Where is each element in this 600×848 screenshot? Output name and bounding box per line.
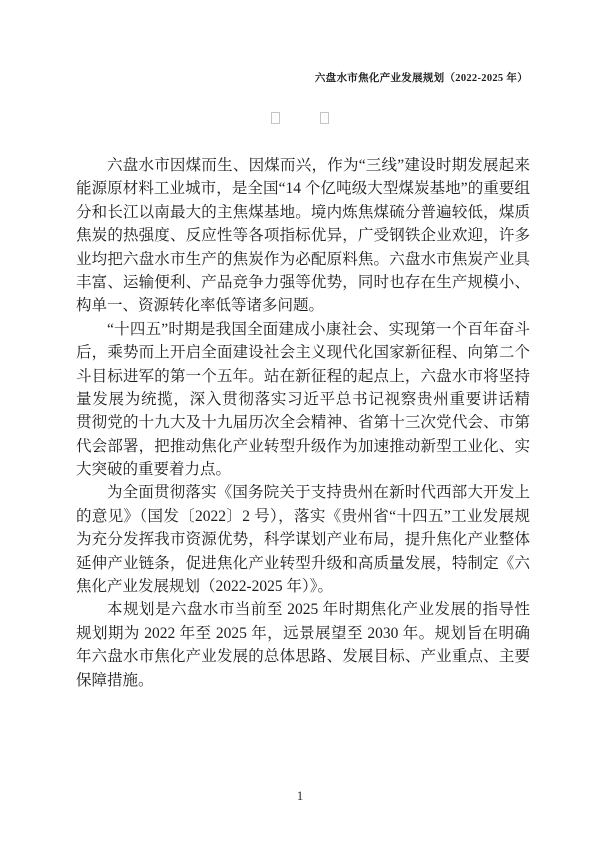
- paragraph-line: 的意见》（国发〔2022〕2 号），落实《贵州省“十四五”工业发展规划》，: [76, 505, 530, 528]
- paragraph-line: 代会部署，把推动焦化产业转型升级作为加速推动新型工业化、实现工业: [76, 435, 530, 458]
- paragraph-line: 焦炭的热强度、反应性等各项指标优异，广受钢铁企业欢迎，许多钢铁企: [76, 224, 530, 247]
- missing-glyph-box: [320, 112, 329, 124]
- paragraph-line: 焦化产业发展规划（2022-2025 年）》。: [76, 575, 530, 598]
- page-number: 1: [0, 788, 600, 804]
- paragraph-line: 保障措施。: [76, 669, 530, 692]
- paragraph-line: 为充分发挥我市资源优势，科学谋划产业布局，提升焦化产业整体水平，: [76, 528, 530, 551]
- paragraph-line: 业均把六盘水市生产的焦炭作为必配原料焦。六盘水市焦炭产业具有资源: [76, 248, 530, 271]
- paragraph-line: 丰富、运输便利、产品竞争力强等优势，同时也存在生产规模小、产品结: [76, 271, 530, 294]
- paragraph-line: 年六盘水市焦化产业发展的总体思路、发展目标、产业重点、主要任务和: [76, 645, 530, 668]
- document-page: 六盘水市焦化产业发展规划（2022-2025 年） 六盘水市因煤而生、因煤而兴，…: [0, 0, 600, 848]
- paragraph-line: 后，乘势而上开启全面建设社会主义现代化国家新征程、向第二个百年奋: [76, 341, 530, 364]
- paragraph-line: 规划期为 2022 年至 2025 年，远景展望至 2030 年。规划旨在明确未…: [76, 622, 530, 645]
- paragraph-line: 构单一、资源转化率低等诸多问题。: [76, 294, 530, 317]
- paragraph-line: 贯彻党的十九大及十九届历次全会精神、省第十三次党代会、市第八次党: [76, 411, 530, 434]
- missing-glyph-box: [271, 112, 280, 124]
- paragraph-line: 六盘水市因煤而生、因煤而兴，作为“三线”建设时期发展起来的一座: [76, 154, 530, 177]
- paragraph-line: 量发展为统揽，深入贯彻落实习近平总书记视察贵州重要讲话精神，全面: [76, 388, 530, 411]
- document-body: 六盘水市因煤而生、因煤而兴，作为“三线”建设时期发展起来的一座能源原材料工业城市…: [76, 154, 530, 692]
- section-title-placeholder: [0, 112, 600, 124]
- paragraph-line: 斗目标进军的第一个五年。站在新征程的起点上，六盘水市将坚持以高质: [76, 365, 530, 388]
- paragraph-line: 能源原材料工业城市，是全国“14 个亿吨级大型煤炭基地”的重要组成部: [76, 177, 530, 200]
- paragraph-line: 大突破的重要着力点。: [76, 458, 530, 481]
- paragraph-line: 延伸产业链条，促进焦化产业转型升级和高质量发展，特制定《六盘水市: [76, 552, 530, 575]
- page-header-title: 六盘水市焦化产业发展规划（2022-2025 年）: [76, 70, 528, 85]
- paragraph-line: 为全面贯彻落实《国务院关于支持贵州在新时代西部大开发上闯新路: [76, 481, 530, 504]
- paragraph-line: “十四五”时期是我国全面建成小康社会、实现第一个百年奋斗目标之: [76, 318, 530, 341]
- paragraph-line: 本规划是六盘水市当前至 2025 年时期焦化产业发展的指导性规划，: [76, 598, 530, 621]
- paragraph-line: 分和长江以南最大的主焦煤基地。境内炼焦煤硫分普遍较低，煤质优良，: [76, 201, 530, 224]
